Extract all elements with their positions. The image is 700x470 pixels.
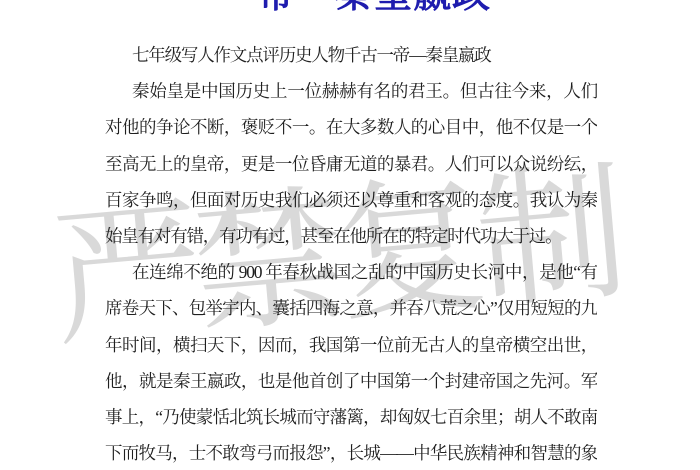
text-line: 下而牧马，士不敢弯弓而报怨”，长城——中华民族精神和智慧的象 xyxy=(105,435,597,470)
essay-body: 七年级写人作文点评历史人物千古一帝—秦皇嬴政 秦始皇是中国历史上一位赫赫有名的君… xyxy=(105,37,597,470)
text-line: 至高无上的皇帝，更是一位昏庸无道的暴君。人们可以众说纷纭， xyxy=(105,146,597,182)
text-line: 对他的争论不断，褒贬不一。在大多数人的心目中，他不仅是一个 xyxy=(105,109,597,145)
page-title-partial: 帝—秦皇嬴政 xyxy=(257,0,491,14)
document-page: 严禁复制 帝—秦皇嬴政 七年级写人作文点评历史人物千古一帝—秦皇嬴政 秦始皇是中… xyxy=(0,0,700,470)
text-line: 七年级写人作文点评历史人物千古一帝—秦皇嬴政 xyxy=(105,37,597,73)
text-line: 事上，“乃使蒙恬北筑长城而守藩篱，却匈奴七百余里；胡人不敢南 xyxy=(105,399,597,435)
text-line: 席卷天下、包举宇内、囊括四海之意，并吞八荒之心”仅用短短的九 xyxy=(105,290,597,326)
text-line: 年时间，横扫天下，因而，我国第一位前无古人的皇帝横空出世， xyxy=(105,327,597,363)
text-line: 他，就是秦王嬴政，也是他首创了中国第一个封建帝国之先河。军 xyxy=(105,363,597,399)
text-line: 在连绵不绝的 900 年春秋战国之乱的中国历史长河中，是他“有 xyxy=(105,254,597,290)
text-line: 秦始皇是中国历史上一位赫赫有名的君王。但古往今来，人们 xyxy=(105,73,597,109)
text-line: 百家争鸣，但面对历史我们必须还以尊重和客观的态度。我认为秦 xyxy=(105,182,597,218)
text-line: 始皇有对有错，有功有过，甚至在他所在的特定时代功大于过。 xyxy=(105,218,597,254)
